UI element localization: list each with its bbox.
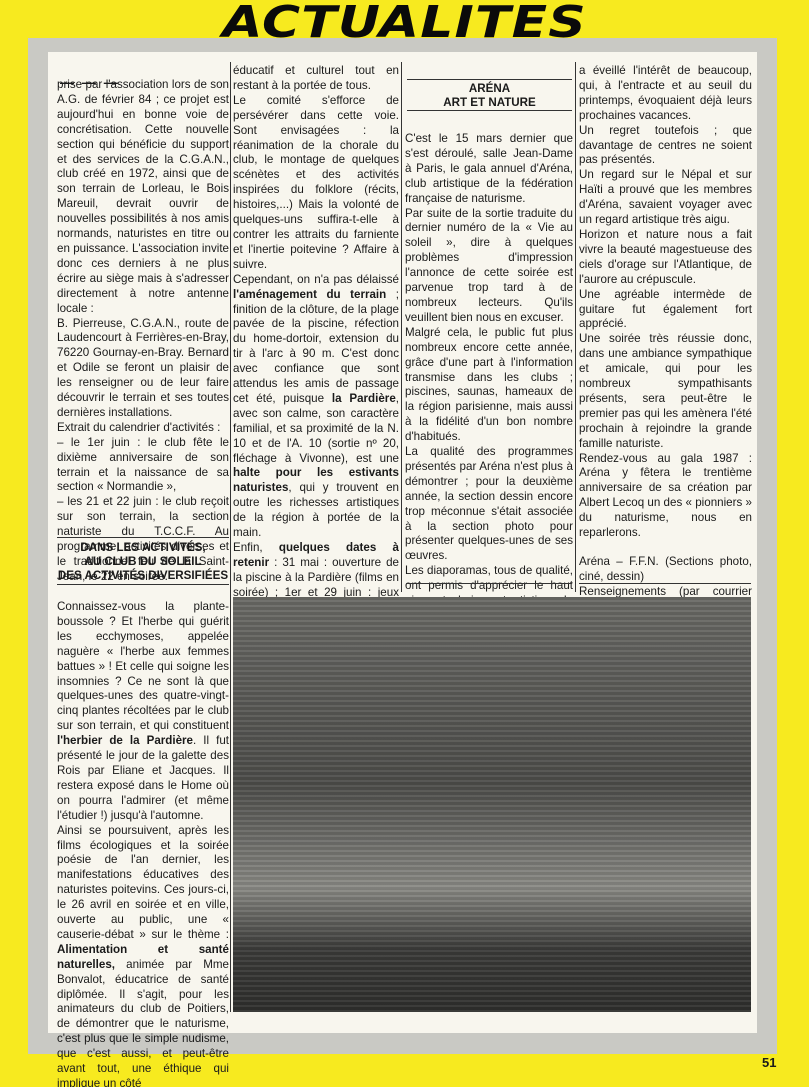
text: . Il fut présenté le jour de la galette … bbox=[57, 734, 229, 822]
photograph bbox=[233, 597, 751, 1012]
bold-text: la Pardière bbox=[332, 392, 396, 405]
divider bbox=[407, 110, 572, 111]
paragraph: Le comité s'efforce de persévérer dans c… bbox=[233, 94, 399, 273]
paragraph: Une agréable intermède de guitare fut ég… bbox=[579, 288, 752, 333]
paragraph: Un regret toutefois ; que davantage de c… bbox=[579, 124, 752, 169]
divider bbox=[57, 584, 229, 585]
paragraph: Cependant, on n'a pas délaissé l'aménage… bbox=[233, 273, 399, 541]
text: ; finition de la clôture, de la plage pa… bbox=[233, 288, 399, 405]
paragraph: Par suite de la sortie traduite du derni… bbox=[405, 207, 573, 326]
paragraph: Une soirée très réussie donc, dans une a… bbox=[579, 332, 752, 451]
divider bbox=[57, 537, 229, 538]
column-1-section: Connaissez-vous la plante-boussole ? Et … bbox=[57, 600, 229, 1087]
text: Ainsi se poursuivent, après les films éc… bbox=[57, 824, 229, 941]
contact-line: Aréna – F.F.N. (Sections photo, ciné, de… bbox=[579, 555, 752, 585]
paragraph: – le 1er juin : le club fête le dixième … bbox=[57, 436, 229, 496]
divider bbox=[579, 583, 751, 584]
heading-line: ARÉNA bbox=[407, 82, 572, 96]
bold-text: l'aménagement du terrain bbox=[233, 288, 386, 301]
paragraph: éducatif et culturel tout en restant à l… bbox=[233, 64, 399, 94]
column-rule bbox=[401, 62, 402, 592]
column-rule bbox=[230, 62, 231, 1012]
text: animée par Mme Bonvalot, éducatrice de s… bbox=[57, 958, 229, 1087]
divider bbox=[407, 583, 572, 584]
text: Cependant, on n'a pas délaissé bbox=[233, 273, 399, 286]
page-number: 51 bbox=[762, 1055, 776, 1070]
text: Connaissez-vous la plante-boussole ? Et … bbox=[57, 600, 229, 732]
paragraph: C'est le 15 mars dernier que s'est dérou… bbox=[405, 132, 573, 207]
heading-line: DANS LES ACTIVITÉS, bbox=[57, 541, 229, 555]
paragraph: Malgré cela, le public fut plus nombreux… bbox=[405, 326, 573, 445]
paragraph: Extrait du calendrier d'activités : bbox=[57, 421, 229, 436]
column-1: prise par l'association lors de son A.G.… bbox=[57, 78, 229, 585]
paragraph: Ainsi se poursuivent, après les films éc… bbox=[57, 824, 229, 1087]
paragraph: Rendez-vous au gala 1987 : Aréna y fêter… bbox=[579, 452, 752, 541]
paragraph: Connaissez-vous la plante-boussole ? Et … bbox=[57, 600, 229, 824]
paragraph: Horizon et nature nous a fait vivre la b… bbox=[579, 228, 752, 288]
paragraph: a éveillé l'intérêt de beaucoup, qui, à … bbox=[579, 64, 752, 124]
section-heading-club-du-soleil: DANS LES ACTIVITÉS, AU CLUB DU SOLEIL DE… bbox=[57, 541, 229, 583]
heading-line: DES ACTIVITÉS DIVERSIFIÉES bbox=[57, 569, 229, 583]
section-heading-arena: ARÉNA ART ET NATURE bbox=[407, 82, 572, 110]
bold-text: l'herbier de la Pardière bbox=[57, 734, 193, 747]
heading-line: ART ET NATURE bbox=[407, 96, 572, 110]
paragraph: B. Pierreuse, C.G.A.N., route de Laudenc… bbox=[57, 317, 229, 421]
paragraph: La qualité des programmes présentés par … bbox=[405, 445, 573, 564]
divider bbox=[407, 79, 572, 80]
column-rule bbox=[575, 62, 576, 592]
text: Enfin, bbox=[233, 541, 279, 554]
column-3: C'est le 15 mars dernier que s'est dérou… bbox=[405, 132, 573, 669]
heading-line: AU CLUB DU SOLEIL bbox=[57, 555, 229, 569]
paragraph: Un regard sur le Népal et sur Haïti a pr… bbox=[579, 168, 752, 228]
paragraph: prise par l'association lors de son A.G.… bbox=[57, 78, 229, 317]
